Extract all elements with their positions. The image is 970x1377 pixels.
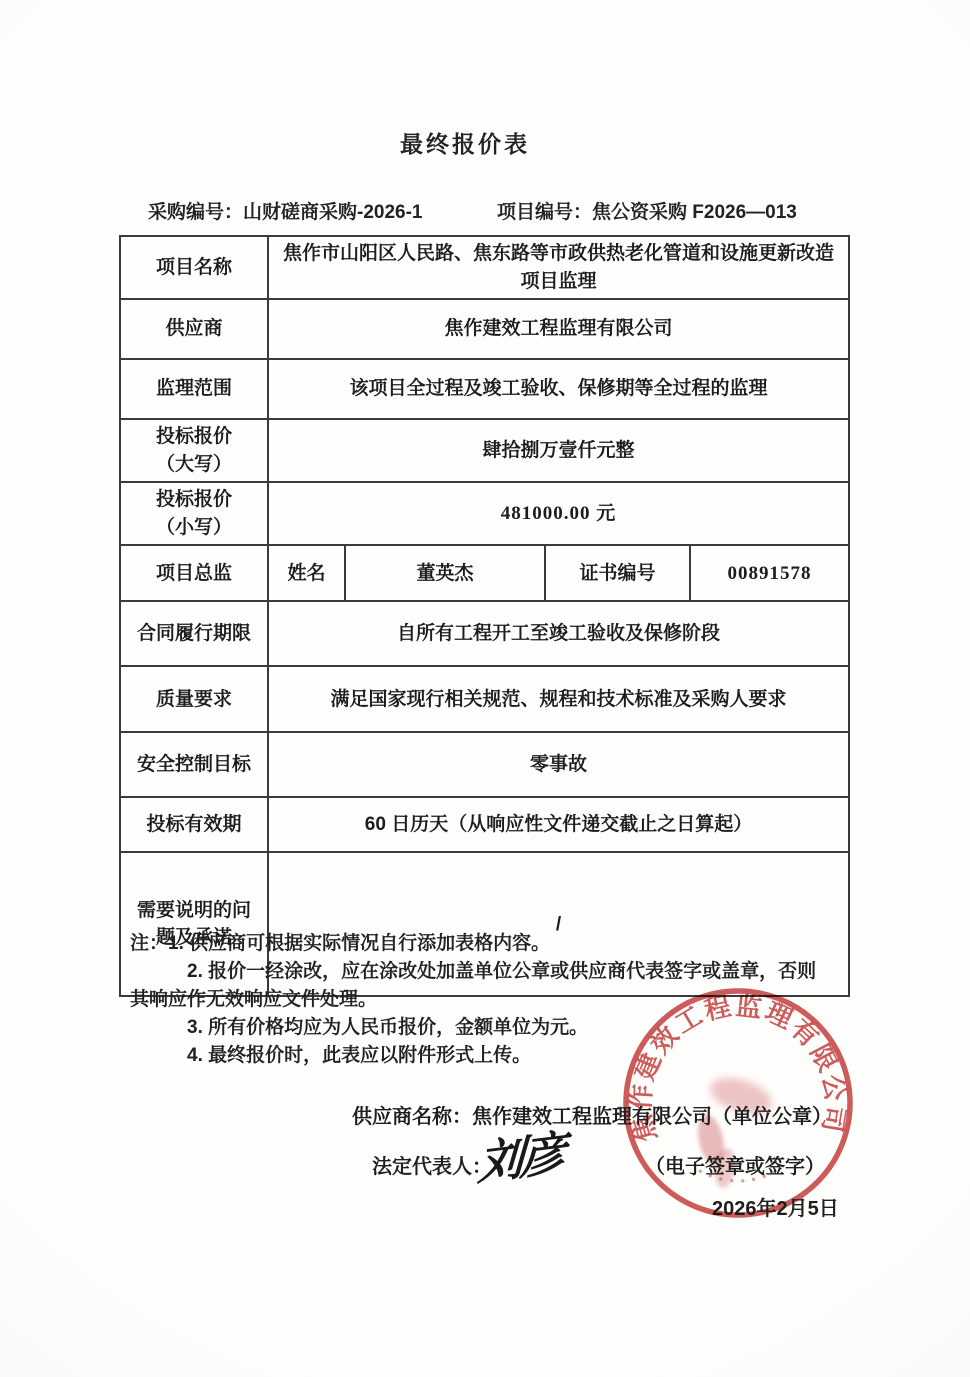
date-text: 2026年2月5日 (712, 1192, 839, 1221)
row-value-supplier: 焦作建效工程监理有限公司 (268, 299, 849, 359)
table-row: 项目名称 焦作市山阳区人民路、焦东路等市政供热老化管道和设施更新改造项目监理 (120, 236, 849, 299)
row-value-bid-price-figures: 481000.00 元 (268, 482, 849, 545)
table-row: 投标报价 （小写） 481000.00 元 (120, 482, 849, 545)
chief-name-value: 董英杰 (345, 545, 545, 601)
row-value-supervision-scope: 该项目全过程及竣工验收、保修期等全过程的监理 (268, 359, 849, 419)
legal-representative-signature: 刘彦 (477, 1116, 564, 1193)
row-label-supervision-scope: 监理范围 (120, 359, 268, 419)
legal-representative-label: 法定代表人： (372, 1150, 492, 1179)
chief-name-label: 姓名 (268, 545, 345, 601)
table-row: 投标有效期 60 日历天（从响应性文件递交截止之日算起） (120, 797, 849, 852)
table-row: 合同履行期限 自所有工程开工至竣工验收及保修阶段 (120, 601, 849, 666)
table-row: 投标报价 （大写） 肆拾捌万壹仟元整 (120, 419, 849, 482)
row-label-bid-validity: 投标有效期 (120, 797, 268, 852)
row-label-quality-requirement: 质量要求 (120, 666, 268, 732)
supplier-name-line: 供应商名称：焦作建效工程监理有限公司（单位公章） (352, 1100, 832, 1129)
table-row: 安全控制目标 零事故 (120, 732, 849, 797)
row-value-contract-period: 自所有工程开工至竣工验收及保修阶段 (268, 601, 849, 666)
chief-cert-value: 00891578 (690, 545, 849, 601)
row-value-bid-price-words: 肆拾捌万壹仟元整 (268, 419, 849, 482)
row-label-supplier: 供应商 (120, 299, 268, 359)
signature-hint: （电子签章或签字） (645, 1150, 825, 1179)
row-label-bid-price-figures: 投标报价 （小写） (120, 482, 268, 545)
project-number: 项目编号：焦公资采购 F2026—013 (497, 197, 797, 224)
table-row: 监理范围 该项目全过程及竣工验收、保修期等全过程的监理 (120, 359, 849, 419)
chief-cert-label: 证书编号 (545, 545, 690, 601)
row-value-bid-validity: 60 日历天（从响应性文件递交截止之日算起） (268, 797, 849, 852)
row-value-project-name: 焦作市山阳区人民路、焦东路等市政供热老化管道和设施更新改造项目监理 (268, 236, 849, 299)
scanned-document-page: 最终报价表 采购编号：山财磋商采购-2026-1 项目编号：焦公资采购 F202… (0, 0, 970, 1377)
row-value-quality-requirement: 满足国家现行相关规范、规程和技术标准及采购人要求 (268, 666, 849, 732)
table-row: 质量要求 满足国家现行相关规范、规程和技术标准及采购人要求 (120, 666, 849, 732)
table-row: 项目总监 姓名 董英杰 证书编号 00891578 (120, 545, 849, 601)
row-label-safety-target: 安全控制目标 (120, 732, 268, 797)
row-label-bid-price-words: 投标报价 （大写） (120, 419, 268, 482)
row-label-project-name: 项目名称 (120, 236, 268, 299)
row-label-chief-supervisor: 项目总监 (120, 545, 268, 601)
table-row: 供应商 焦作建效工程监理有限公司 (120, 299, 849, 359)
row-label-contract-period: 合同履行期限 (120, 601, 268, 666)
quotation-table: 项目名称 焦作市山阳区人民路、焦东路等市政供热老化管道和设施更新改造项目监理 供… (119, 235, 850, 997)
note-line-1: 注：1. 供应商可根据实际情况自行添加表格内容。 (130, 930, 870, 957)
row-value-safety-target: 零事故 (268, 732, 849, 797)
page-title: 最终报价表 (0, 126, 930, 159)
procurement-number: 采购编号：山财磋商采购-2026-1 (148, 197, 423, 224)
